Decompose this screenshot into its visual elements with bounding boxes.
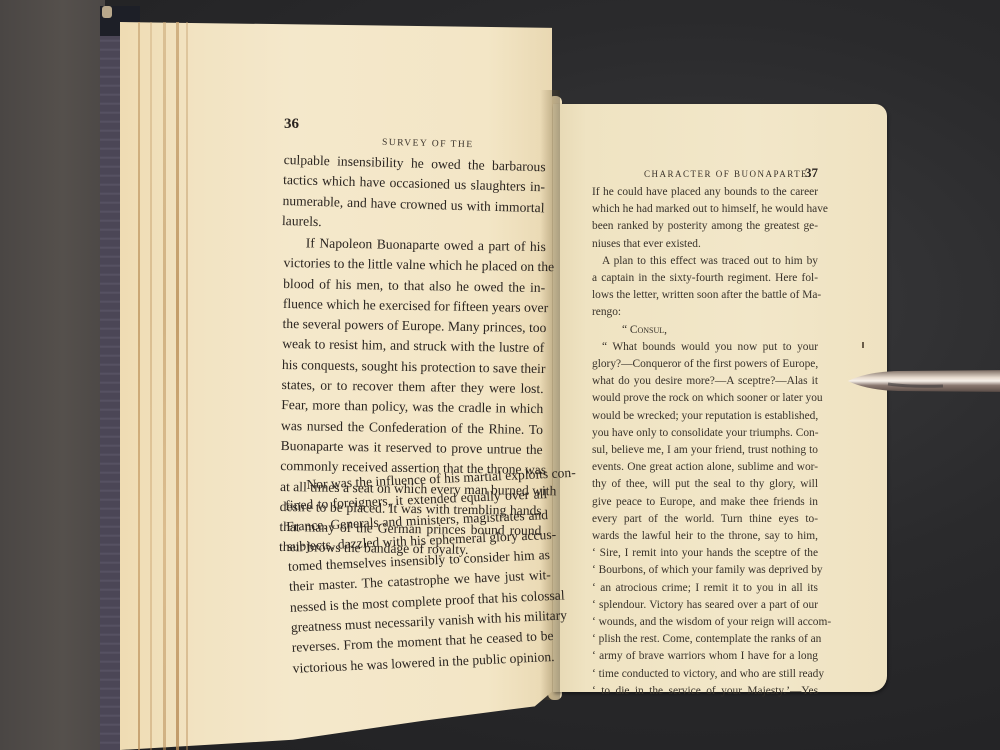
text-line: ‘ an atrocious crime; I remit it to you … [592, 580, 818, 597]
left-page-body: Nor was the influence of his martial exp… [284, 464, 555, 679]
text-line: every part of the world. Turn thine eyes… [592, 511, 818, 528]
text-line: would be wrecked; your reputation is est… [592, 408, 818, 425]
text-line: which he had marked out to himself, he w… [592, 201, 818, 218]
text-line: A plan to this effect was traced out to … [592, 253, 818, 270]
page-edge-fold [176, 22, 179, 750]
text-line: ‘ Bourbons, of which your family was dep… [592, 562, 818, 579]
text-line: wards the lawful heir to the throne, say… [592, 528, 818, 545]
text-line: niuses that ever existed. [592, 236, 818, 253]
text-line: ‘ plish the rest. Come, contemplate the … [592, 631, 818, 648]
text-line: ‘ splendour. Victory has seared over a p… [592, 597, 818, 614]
letter-opener-icon [848, 368, 1000, 394]
page-number-left: 36 [284, 116, 299, 133]
background-left [0, 0, 105, 750]
text-line: glory?—Conqueror of the first powers of … [592, 356, 818, 373]
text-line: ‘ wounds, and the wisdom of your reign w… [592, 614, 818, 631]
right-page-body: If he could have placed any bounds to th… [592, 184, 818, 700]
text-line: ‘ Sire, I remit into your hands the scep… [592, 545, 818, 562]
text-line: ‘ time conducted to victory, and who are… [592, 666, 818, 683]
text-line: thy of thee, will put the seal to thy gl… [592, 476, 818, 493]
text-line: ‘ to die in the service of your Majesty.… [592, 683, 818, 700]
text-line: give peace to Europe, and make thee frie… [592, 494, 818, 511]
text-line: would prove the rock on which sooner or … [592, 390, 818, 407]
text-line: “ What bounds would you now put to your [592, 339, 818, 356]
text-line: ‘ army of brave warriors whom I have for… [592, 648, 818, 665]
page-edge-fold [186, 22, 188, 750]
text-line: what do you desire more?—A sceptre?—Alas… [592, 373, 818, 390]
text-line: events. One great action alone, sublime … [592, 459, 818, 476]
page-edge-fold [150, 22, 152, 750]
text-line: “ Consul, [592, 322, 818, 339]
page-edge-fold [138, 22, 140, 750]
cover-corner-wear [102, 6, 112, 18]
text-line: been ranked by posterity among the great… [592, 218, 818, 235]
text-line: sul, believe me, I am your friend, trust… [592, 442, 818, 459]
text-line: If he could have placed any bounds to th… [592, 184, 818, 201]
book-cover-spine [100, 8, 123, 750]
running-head-right: CHARACTER OF BUONAPARTE. [644, 169, 812, 179]
text-line: rengo: [592, 304, 818, 321]
text-line: lows the letter, written soon after the … [592, 287, 818, 304]
text-line: you have only to consolidate your triump… [592, 425, 818, 442]
left-page-body: culpable insensibility he owed the barba… [282, 150, 546, 238]
page-speck [862, 342, 864, 348]
text-line: a captain in the sixty-fourth regiment. … [592, 270, 818, 287]
page-number-right: 37 [805, 165, 818, 181]
page-edge-fold [163, 22, 166, 750]
